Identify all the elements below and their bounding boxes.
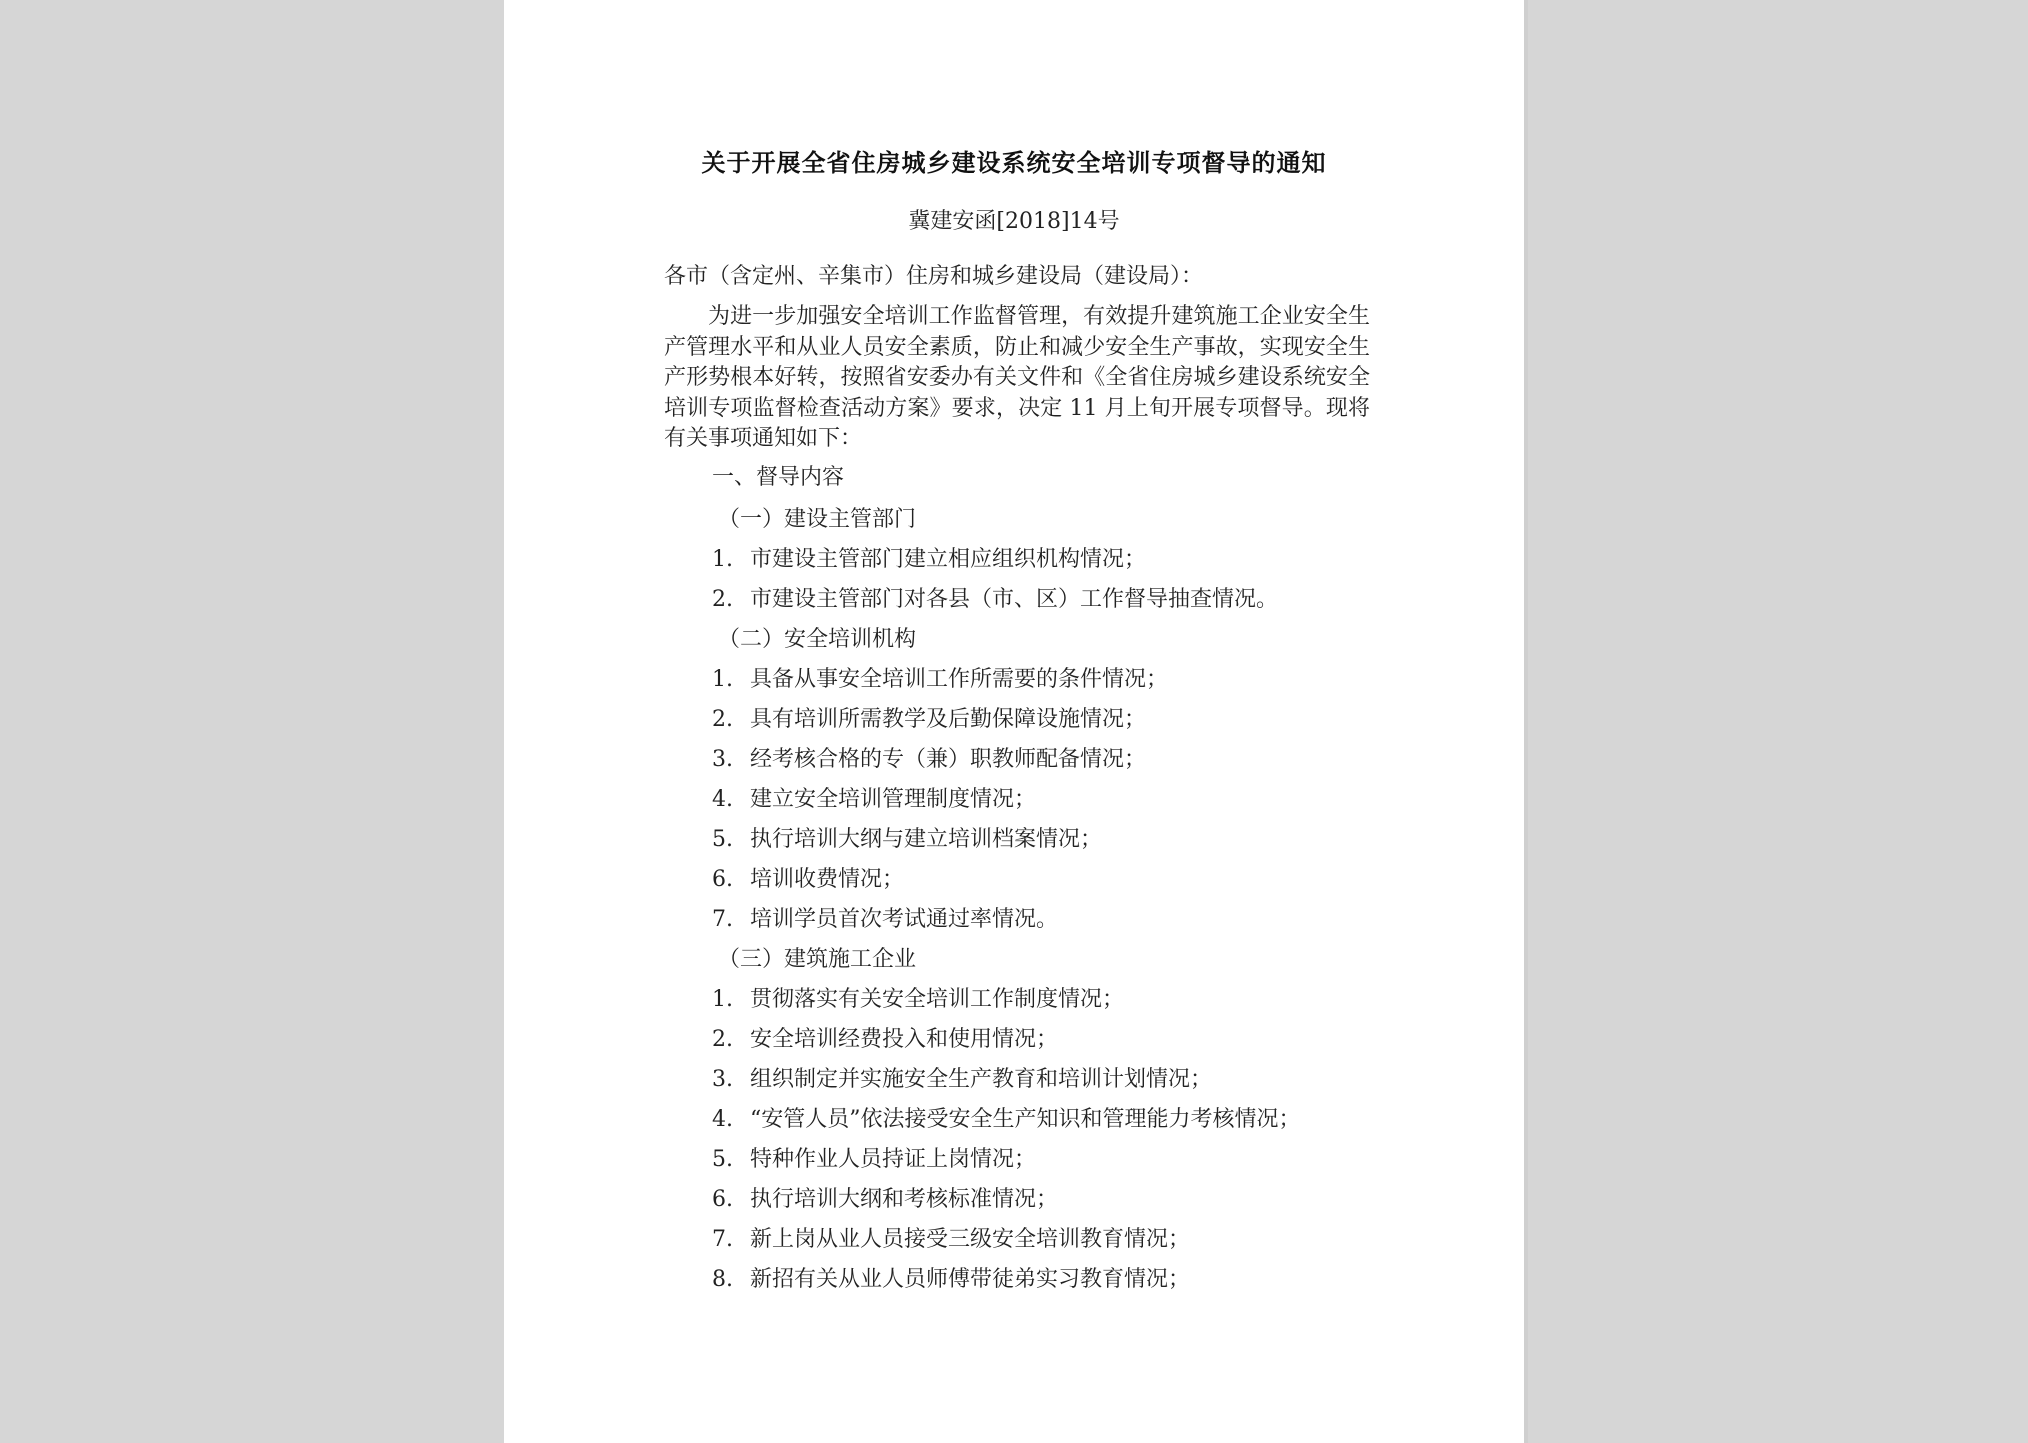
item-number: 8. xyxy=(712,1265,750,1295)
list-item: 6.执行培训大纲和考核标准情况； xyxy=(712,1185,1058,1215)
list-item: 2.具有培训所需教学及后勤保障设施情况； xyxy=(712,705,1146,735)
list-item: 2.安全培训经费投入和使用情况； xyxy=(712,1025,1058,1055)
item-text: 具有培训所需教学及后勤保障设施情况； xyxy=(750,707,1146,732)
item-number: 6. xyxy=(712,865,750,895)
item-text: 市建设主管部门对各县（市、区）工作督导抽查情况。 xyxy=(750,587,1278,612)
item-text: 组织制定并实施安全生产教育和培训计划情况； xyxy=(750,1067,1212,1092)
item-number: 1. xyxy=(712,545,750,575)
list-item: 3.经考核合格的专（兼）职教师配备情况； xyxy=(712,745,1146,775)
item-text: 经考核合格的专（兼）职教师配备情况； xyxy=(750,747,1146,772)
item-text: 培训收费情况； xyxy=(750,867,904,892)
intro-paragraph: 为进一步加强安全培训工作监督管理，有效提升建筑施工企业安全生产管理水平和从业人员… xyxy=(664,302,1370,455)
list-item: 4.建立安全培训管理制度情况； xyxy=(712,785,1036,815)
list-item: 5.特种作业人员持证上岗情况； xyxy=(712,1145,1036,1175)
list-item: 3.组织制定并实施安全生产教育和培训计划情况； xyxy=(712,1065,1212,1095)
item-number: 6. xyxy=(712,1185,750,1215)
item-number: 5. xyxy=(712,825,750,855)
list-item: 1.市建设主管部门建立相应组织机构情况； xyxy=(712,545,1146,575)
list-item: 1.贯彻落实有关安全培训工作制度情况； xyxy=(712,985,1124,1015)
item-number: 2. xyxy=(712,705,750,735)
item-number: 2. xyxy=(712,1025,750,1055)
item-text: 安全培训经费投入和使用情况； xyxy=(750,1027,1058,1052)
item-text: 特种作业人员持证上岗情况； xyxy=(750,1147,1036,1172)
item-text: 建立安全培训管理制度情况； xyxy=(750,787,1036,812)
list-item: 6.培训收费情况； xyxy=(712,865,904,895)
list-item: 4.“安管人员”依法接受安全生产知识和管理能力考核情况； xyxy=(712,1105,1301,1135)
subsection-heading-training-institutions: （二）安全培训机构 xyxy=(718,625,916,655)
section-heading-content: 一、督导内容 xyxy=(712,463,844,493)
item-text: 新招有关从业人员师傅带徒弟实习教育情况； xyxy=(750,1267,1190,1292)
item-number: 7. xyxy=(712,1225,750,1255)
item-text: 市建设主管部门建立相应组织机构情况； xyxy=(750,547,1146,572)
list-item: 8.新招有关从业人员师傅带徒弟实习教育情况； xyxy=(712,1265,1190,1295)
item-number: 2. xyxy=(712,585,750,615)
page-edge-shadow xyxy=(1524,0,1528,1443)
list-item: 5.执行培训大纲与建立培训档案情况； xyxy=(712,825,1102,855)
item-number: 3. xyxy=(712,1065,750,1095)
item-number: 4. xyxy=(712,1105,750,1135)
list-item: 1.具备从事安全培训工作所需要的条件情况； xyxy=(712,665,1168,695)
item-number: 3. xyxy=(712,745,750,775)
item-text: 培训学员首次考试通过率情况。 xyxy=(750,907,1058,932)
document-page: 关于开展全省住房城乡建设系统安全培训专项督导的通知 冀建安函[2018]14号 … xyxy=(504,0,1524,1443)
item-text: 具备从事安全培训工作所需要的条件情况； xyxy=(750,667,1168,692)
item-text: 贯彻落实有关安全培训工作制度情况； xyxy=(750,987,1124,1012)
item-text: 执行培训大纲与建立培训档案情况； xyxy=(750,827,1102,852)
list-item: 2.市建设主管部门对各县（市、区）工作督导抽查情况。 xyxy=(712,585,1278,615)
item-number: 5. xyxy=(712,1145,750,1175)
subsection-heading-construction-enterprises: （三）建筑施工企业 xyxy=(718,945,916,975)
item-text: 执行培训大纲和考核标准情况； xyxy=(750,1187,1058,1212)
list-item: 7.培训学员首次考试通过率情况。 xyxy=(712,905,1058,935)
item-number: 7. xyxy=(712,905,750,935)
addressee-line: 各市（含定州、辛集市）住房和城乡建设局（建设局）： xyxy=(664,262,1203,292)
item-number: 1. xyxy=(712,985,750,1015)
item-text: “安管人员”依法接受安全生产知识和管理能力考核情况； xyxy=(750,1107,1301,1132)
subsection-heading-authorities: （一）建设主管部门 xyxy=(718,505,916,535)
item-number: 1. xyxy=(712,665,750,695)
item-number: 4. xyxy=(712,785,750,815)
item-text: 新上岗从业人员接受三级安全培训教育情况； xyxy=(750,1227,1190,1252)
document-number: 冀建安函[2018]14号 xyxy=(504,207,1524,237)
document-title: 关于开展全省住房城乡建设系统安全培训专项督导的通知 xyxy=(504,148,1524,178)
list-item: 7.新上岗从业人员接受三级安全培训教育情况； xyxy=(712,1225,1190,1255)
